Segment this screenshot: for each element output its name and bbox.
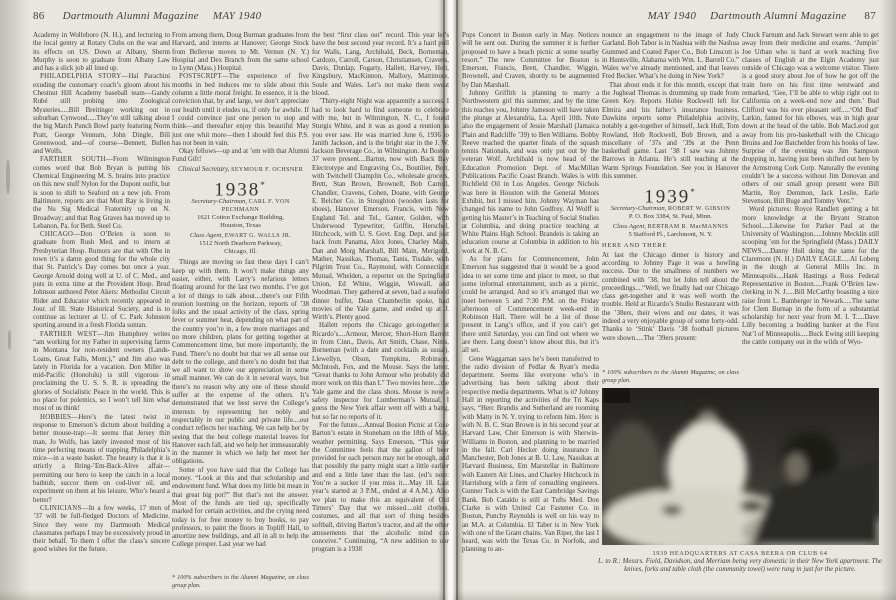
paragraph: POSTSCRIPT—The experience of five months… [172,73,309,148]
secretary-line: Secretary-Chairman, CARL F. VON PECHMANN [172,198,309,214]
section-lead: CLINICIANS— [40,505,89,512]
paragraph-text: That about ends it for this month, excep… [602,82,739,180]
class-heading-1938: 1938* [172,181,309,195]
class-1938-officers: Secretary-Chairman, CARL F. VON PECHMANN… [172,198,309,257]
paragraph: Word pictures: Royce Randlett getting a … [742,206,879,347]
paragraph-text: Pops Concert in Boston early in May. Not… [462,32,599,89]
photo-caption-title: 1939 HEADQUARTERS AT CASA BEERA OR CLUB … [598,550,882,557]
right-page-number: 87 [864,10,876,22]
scan-edge-right [880,0,896,600]
left-column-2: From among them, Doug Burman graduates f… [172,32,309,589]
agent-line: Class Agent, BERTRAM R. MacMANNIS [602,223,739,231]
signature-name: SEYMOUR F. OCHSNER [231,167,303,173]
paragraph: FARTHER WEST—Jim Humphrey writes “am wor… [33,331,170,414]
binding-line [456,0,458,600]
section-lead: CHICAGO— [40,231,80,238]
paragraph-text: Johnny Griffith is planning to marry a N… [462,90,599,255]
photo [602,388,879,545]
paragraph: Some of you have said that the College h… [172,467,309,550]
left-journal-title: Dartmouth Alumni Magazine [63,10,199,22]
paragraph-text: Things are moving so fast these days I c… [172,259,309,465]
agent-address: 1512 North Dearborn Parkway, [172,240,309,248]
paragraph: Johnny Griffith is planning to marry a N… [462,90,599,256]
right-running-head: MAY 1940Dartmouth Alumni Magazine87 [648,10,876,22]
paragraph: For the future....Annual Boston Picnic a… [312,422,449,555]
paragraph-text: Hallett reports the Chicago get-together… [312,322,449,420]
paragraph: FARTHER SOUTH—From Wilmington comes word… [33,156,170,231]
scan-smudge [8,330,11,350]
paragraph-text: Don O’Brien is soon to graduate from Rus… [33,231,170,329]
paragraph-text: Hal Parachini exuding the customary coac… [33,73,170,155]
photo-caption-text: L. to R.: Messrs. Field, Davidson, and M… [598,558,882,574]
secretary-line: Secretary-Chairman, ROBERT W. GIBSON [602,205,739,213]
scan-edge-left [0,0,30,600]
left-column-1: Academy in Wolfeboro (N. H.), and lectur… [33,32,170,589]
photo-image [602,388,879,545]
paragraph: PHILADELPHIA STORY—Hal Parachini exuding… [33,73,170,156]
paragraph-text: Academy in Wolfeboro (N. H.), and lectur… [33,32,170,72]
class-heading-1939: 1939* [602,188,739,202]
section-lead: PHILADELPHIA STORY— [40,73,129,80]
footnote-left: * 100% subscribers to the Alumni Magazin… [172,574,309,589]
paragraph-text: The experience of five months in bed ind… [172,73,309,146]
right-issue-date: MAY 1940 [648,10,697,22]
signature-label: Clinical Secretary, [178,166,229,173]
paragraph: Hallett reports the Chicago get-together… [312,322,449,422]
section-lead: HOBBIES— [40,414,78,421]
right-column-3: Chuck Farnum and Jack Stewart were able … [742,32,879,389]
paragraph: Academy in Wolfeboro (N. H.), and lectur… [33,32,170,73]
footnote-right: * 100% subscribers to the Alumni Magazin… [602,369,739,384]
paragraph: At last the Chicago dinner is history an… [602,252,739,343]
right-column-1: Pops Concert in Boston early in May. Not… [462,32,599,589]
agent-address: Chicago, Ill. [172,248,309,256]
paragraph: As for plans for Commencement, John Emer… [462,256,599,356]
paragraph: CHICAGO—Don O’Brien is soon to graduate … [33,231,170,331]
paragraph: From among them, Doug Burman graduates f… [172,32,309,73]
footnote-marker: * [690,187,697,197]
secretary-address: 1621 Cotton Exchange Building, [172,214,309,222]
left-page-number: 86 [33,10,45,22]
agent-line: Class Agent, EWART G. WALLS JR. [172,232,309,240]
paragraph-text: the best “first class out” record. This … [312,32,449,97]
section-lead: FARTHER WEST— [40,331,104,338]
section-lead: FARTHER SOUTH— [40,156,113,163]
paragraph: the best “first class out” record. This … [312,32,449,98]
scan-smudge [6,160,10,194]
secretary-address: Houston, Texas [172,222,309,230]
paragraph-text: At last the Chicago dinner is history an… [602,252,739,342]
footnote-marker: * [260,180,267,190]
paragraph-text: Word pictures: Royce Randlett getting a … [742,206,879,346]
left-column-3: the best “first class out” record. This … [312,32,449,589]
paragraph-text: Chuck Farnum and Jack Stewart were able … [742,32,879,205]
paragraph-text: nounce an engagement to the image of Jud… [602,32,739,80]
paragraph: HOBBIES—Here’s the latest twist in respo… [33,414,170,505]
paragraph-text: Some of you have said that the College h… [172,467,309,549]
paragraph-text: From Wilmington comes word that Bob Brya… [33,156,170,229]
paragraph: Chuck Farnum and Jack Stewart were able … [742,32,879,206]
right-column-2: nounce an engagement to the image of Jud… [602,32,739,384]
paragraph-text: Jim Humphrey writes “am working for my F… [33,331,170,413]
left-issue-date: MAY 1940 [213,10,262,22]
paragraph: CLINICIANS—In a few weeks, 17 men of ’37… [33,505,170,555]
paragraph: ’Thirty-eight Night was apparently a suc… [312,98,449,322]
section-lead: POSTSCRIPT— [179,73,229,80]
paragraph: Things are moving so fast these days I c… [172,259,309,466]
paragraph-text: ’Thirty-eight Night was apparently a suc… [312,98,449,321]
left-running-head: 86Dartmouth Alumni MagazineMAY 1940 [33,10,261,22]
subhead-here-and-there: HERE AND THERE [602,242,739,250]
secretary-address: P. O. Box 3384, St. Paul, Minn. [602,213,739,221]
paragraph-text: Here’s the latest twist in response to E… [33,414,170,504]
paragraph: nounce an engagement to the image of Jud… [602,32,739,82]
agent-address: 5 Stafford Pl., Larchmont, N. Y. [602,231,739,239]
paragraph-text: Okay fellows—up and at ’em with that Alu… [172,148,309,163]
right-journal-title: Dartmouth Alumni Magazine [710,10,846,22]
class-1939-officers: Secretary-Chairman, ROBERT W. GIBSON P. … [602,205,739,239]
paragraph: Pops Concert in Boston early in May. Not… [462,32,599,90]
photo-caption: 1939 HEADQUARTERS AT CASA BEERA OR CLUB … [598,550,882,574]
paragraph: That about ends it for this month, excep… [602,82,739,182]
paragraph-text: Gene Waggaman says he’s been transferred… [462,356,599,554]
paragraph-text: In a few weeks, 17 men of ’37 will be fu… [33,505,170,553]
paragraph: Gene Waggaman says he’s been transferred… [462,356,599,555]
paragraph-text: As for plans for Commencement, John Emer… [462,256,599,354]
paragraph: Okay fellows—up and at ’em with that Alu… [172,148,309,165]
paragraph-text: For the future....Annual Boston Picnic a… [312,422,449,553]
signature-line: Clinical Secretary, SEYMOUR F. OCHSNER [172,166,309,174]
paragraph-text: From among them, Doug Burman graduates f… [172,32,309,72]
magazine-spread: 86Dartmouth Alumni MagazineMAY 1940 MAY … [0,0,896,600]
